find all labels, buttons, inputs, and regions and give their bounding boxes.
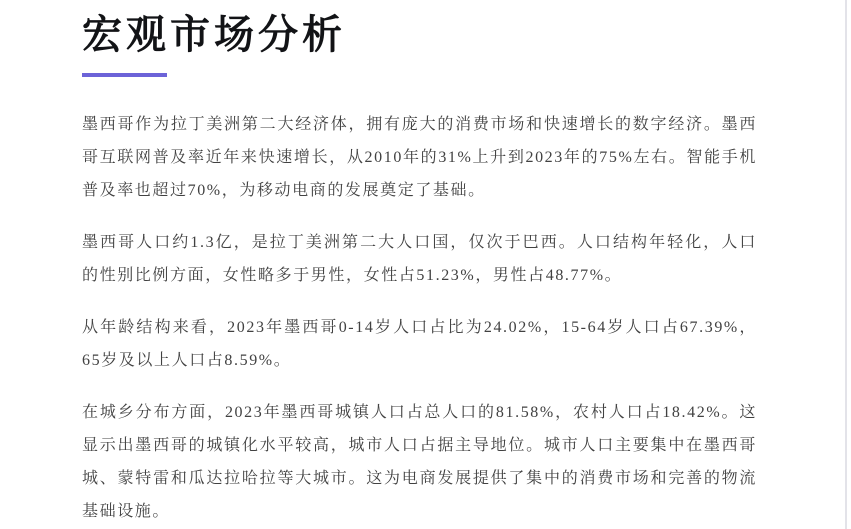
paragraph-age-structure: 从年龄结构来看，2023年墨西哥0-14岁人口占比为24.02%，15-64岁人… xyxy=(82,311,757,377)
paragraph-population-gender: 墨西哥人口约1.3亿，是拉丁美洲第二大人口国，仅次于巴西。人口结构年轻化，人口的… xyxy=(82,226,757,292)
paragraph-economy-internet: 墨西哥作为拉丁美洲第二大经济体，拥有庞大的消费市场和快速增长的数字经济。墨西哥互… xyxy=(82,108,757,207)
paragraph-urban-rural: 在城乡分布方面，2023年墨西哥城镇人口占总人口的81.58%，农村人口占18.… xyxy=(82,396,757,528)
page-right-edge-line xyxy=(845,0,847,529)
title-accent-underline xyxy=(82,73,167,77)
document-page: 宏观市场分析 墨西哥作为拉丁美洲第二大经济体，拥有庞大的消费市场和快速增长的数字… xyxy=(0,0,851,529)
document-body: 墨西哥作为拉丁美洲第二大经济体，拥有庞大的消费市场和快速增长的数字经济。墨西哥互… xyxy=(82,108,757,528)
page-title: 宏观市场分析 xyxy=(82,0,757,57)
